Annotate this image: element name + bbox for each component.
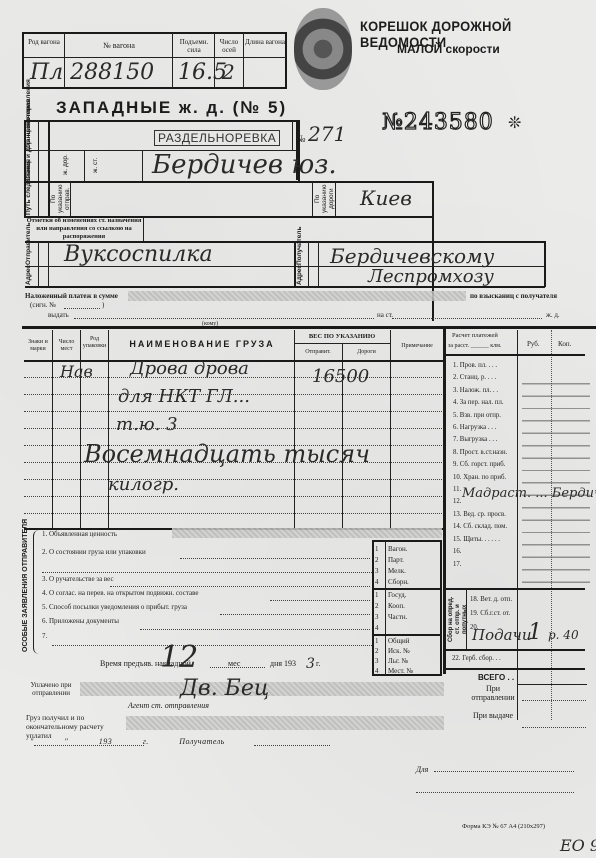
- charge-item: 9. Сб. горст. приб.: [453, 459, 507, 471]
- wagon-length-header: Длина вагона: [245, 38, 285, 46]
- destination-value: Бердичев юз.: [152, 150, 337, 180]
- dest-st-label: ж. ст.: [92, 152, 99, 178]
- document-subtitle: МАЛОЙ скорости: [397, 42, 500, 56]
- day-year-label: дня 193: [270, 660, 296, 668]
- weight-road-header: Дороги: [343, 348, 390, 356]
- charge-item: 1. Пров. пл. . . .: [453, 360, 507, 372]
- dispatch-station-stamp: РАЗДЕЛЬНОРЕВКА: [154, 130, 280, 146]
- sender-address-label: Адрес: [25, 268, 32, 285]
- waybill-number-label: №: [296, 136, 306, 144]
- charges-side-label: Сбор на опред. ст. отпр. и попутных: [448, 592, 466, 646]
- cargo-package-value: Нав: [60, 362, 93, 381]
- agent-signature: Дв. Бец: [180, 676, 269, 701]
- statement-2: 2. О состоянии груза или упаковки: [42, 546, 372, 558]
- charge-item: 6. Нагрузка . . .: [453, 422, 507, 434]
- sender-label: Отправитель: [25, 243, 47, 265]
- cargo-name-line-3: т.ю. 3: [116, 414, 178, 435]
- cod-amount-label: Наложенный платеж в сумме: [25, 292, 118, 300]
- route-label: Путь следования: [25, 183, 32, 215]
- cod-amount-field: [128, 291, 466, 301]
- lift-capacity-header: Подъемн. сила: [174, 38, 214, 54]
- cod-signal-close: ): [102, 301, 104, 309]
- at-delivery-label: При выдаче: [470, 711, 516, 720]
- charge-item: 17.: [453, 559, 507, 571]
- charge-item: 16.: [453, 546, 507, 558]
- charge-item: 10. Хран. по приб.: [453, 472, 507, 484]
- pay-out-label: выдать: [48, 311, 69, 319]
- received-label: Груз получил и по окончательному расчету…: [26, 713, 126, 740]
- archive-page-mark: ЕО 9: [560, 836, 596, 855]
- time-presented-value: 12: [160, 640, 198, 675]
- axles-value: 2: [222, 60, 235, 84]
- marks-header: Знаки и марки: [24, 339, 52, 353]
- type-group-1: 1Вагон. 2Парт. 3Мелк. 4Сборн.: [375, 544, 409, 588]
- wagon-type-header: Род вагона: [24, 38, 64, 46]
- receiver-label: Получатель: [296, 243, 318, 265]
- document-number: №243580: [382, 110, 494, 135]
- charge-item-19: 19. Сб.г.ст. от.: [470, 610, 510, 618]
- charge-item: 3. Налож. пл. . .: [453, 385, 507, 397]
- charge-20-handwriting: Подачи: [472, 626, 532, 644]
- declared-value-field: [172, 528, 442, 538]
- receiver-value: Бердичевскому: [330, 244, 494, 268]
- axles-header: Число осей: [215, 38, 243, 54]
- at-dispatch-label: При отправлении: [470, 684, 516, 702]
- count-header: Число мест: [53, 339, 80, 353]
- special-statements-label: ОСОБЫЕ ЗАЯВЛЕНИЯ ОТПРАВИТЕЛЯ: [22, 530, 29, 652]
- ussr-emblem-icon: [294, 8, 352, 90]
- cargo-name-line-4: Восемнадцать тысяч: [84, 440, 370, 468]
- cargo-name-line-1: Дрова дрова: [130, 358, 249, 379]
- statement-6: 6. Приложены документы: [42, 615, 372, 627]
- weight-header: ВЕС ПО УКАЗАНИЮ: [294, 333, 390, 341]
- charge-item: 13. Вед. ср. просв.: [453, 509, 507, 521]
- statement-7: 7.: [42, 630, 372, 642]
- railway-name: ЗАПАДНЫЕ ж. д. (№ 5): [56, 98, 287, 118]
- statement-3: 3. О ручательстве за вес: [42, 573, 372, 585]
- charges-header-title: Расчет платежей: [452, 332, 498, 340]
- charge-item: 4. За пер. нал. пл.: [453, 397, 507, 409]
- charge-item: 7. Выгрузка . . .: [453, 434, 507, 446]
- cargo-name-line-2: для НКТ ГЛ...: [118, 386, 250, 407]
- route-road-label: По указанию дороги: [314, 183, 334, 215]
- charge-item: 15. Щиты. . . . . .: [453, 534, 507, 546]
- station-label: на ст.: [377, 311, 393, 319]
- route-road-value: Киев: [360, 186, 412, 210]
- cargo-name-line-5: килогр.: [108, 474, 179, 495]
- type-group-3: 1Общий 2Иск. № 3Льг. № 4Мест. №: [375, 636, 413, 676]
- charge-20-kop: р. 40: [548, 628, 579, 642]
- statement-4: 4. О соглас. на перев. на открытом подви…: [42, 587, 372, 599]
- dest-road-label: ж. дор.: [62, 152, 69, 178]
- year-suffix: г.: [316, 660, 320, 668]
- month-label: мес: [228, 660, 240, 668]
- note-header: Примечание: [391, 342, 443, 350]
- kop-column-header: Коп.: [558, 340, 571, 348]
- total-label: ВСЕГО . .: [478, 674, 514, 682]
- railway-suffix-label: ж. д.: [546, 311, 560, 319]
- year-value: 3: [306, 656, 315, 672]
- charges-list: 1. Пров. пл. . . . 2. Станц. р. . . . 3.…: [453, 360, 507, 571]
- paid-at-dispatch-label: Уплачено при отправлении: [26, 681, 76, 697]
- wagon-number-header: № вагона: [66, 42, 172, 50]
- wagon-number-value: Пл 288150: [30, 60, 154, 85]
- rub-column-header: Руб.: [527, 340, 540, 348]
- charge-item: 14. Сб. склад. пом.: [453, 521, 507, 533]
- asterisk-mark-icon: ❊: [508, 113, 521, 132]
- for-label: Для: [416, 766, 428, 774]
- final-payment-field: [126, 716, 444, 730]
- waybill-stub-document: Род вагона № вагона Подъемн. сила Число …: [0, 0, 596, 858]
- cod-recovery-label: по взысканиц с получателя: [470, 292, 557, 300]
- charge-item-18: 18. Вет. д. отп.: [470, 596, 512, 604]
- sender-value: Вуксоспилка: [64, 242, 213, 267]
- charge-20-rub: 1: [528, 620, 542, 645]
- cargo-weight-value: 16500: [312, 366, 369, 387]
- agent-label: Агент ст. отправления: [128, 702, 209, 710]
- statement-5: 5. Способ посылки уведомления о прибыт. …: [42, 601, 372, 613]
- lift-capacity-value: 16.5: [178, 60, 227, 85]
- type-group-2: 1Госуд. 2Кооп. 3Частн. 4: [375, 590, 407, 634]
- weight-sender-header: Отправит.: [294, 348, 342, 356]
- waybill-number-value: 271: [308, 122, 346, 146]
- changes-label: Отметки об изменениях ст. назначения или…: [25, 217, 143, 241]
- package-header: Род упаковки: [81, 336, 108, 350]
- charge-item: 5. Взв. при отпр.: [453, 410, 507, 422]
- charges-header-distance: за расст. ______ клм.: [448, 342, 501, 350]
- receiver-address-value: Леспромхозу: [368, 266, 494, 287]
- charge-item: 8. Прост. в.ст.назн.: [453, 447, 507, 459]
- route-dispatch-label: По указанию отправ.: [50, 183, 70, 215]
- cargo-name-header: НАИМЕНОВАНИЕ ГРУЗА: [110, 340, 294, 348]
- receiver-address-label: Адрес: [296, 268, 303, 285]
- cod-signal-label: (сигн. №: [30, 301, 56, 309]
- form-code: Форма КЭ № 67 А4 (210х297): [462, 823, 545, 831]
- charge-item-22: 22. Герб. сбор. . .: [452, 655, 501, 663]
- charge-item: 2. Станц. р. . . .: [453, 372, 507, 384]
